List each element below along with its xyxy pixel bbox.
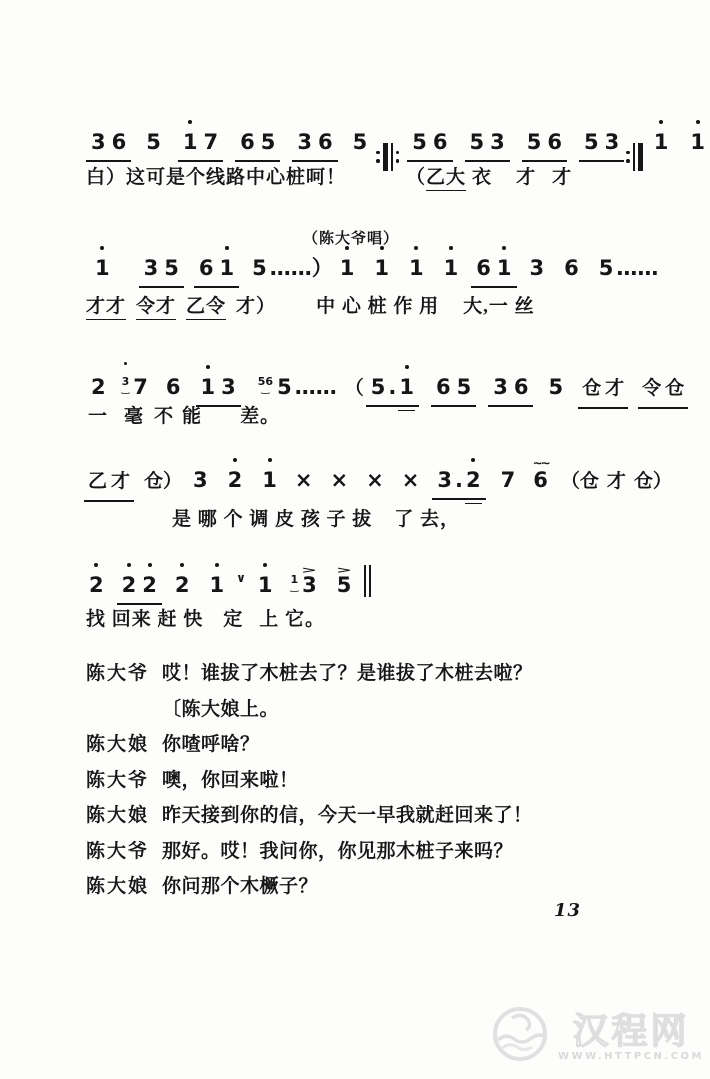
octave-dot-icon — [345, 246, 349, 250]
note-group: 1 — [259, 464, 280, 496]
repeat-dots — [376, 151, 380, 163]
note-group: …… — [295, 371, 337, 403]
note-group: 令仓 — [638, 371, 688, 409]
speaker-name: 陈大爷 — [86, 839, 150, 864]
octave-dot-icon — [215, 563, 219, 567]
note: 2 — [91, 371, 106, 403]
octave-dot-icon — [225, 246, 229, 250]
note-group: 53 — [465, 126, 510, 162]
note: 3> — [302, 569, 317, 601]
octave-dot-icon — [233, 458, 237, 462]
note: 6 — [199, 252, 214, 284]
note-group: 5 — [274, 371, 295, 403]
lyric-line-4: 是 哪 个 调 皮 孩 子 拔了 去， — [172, 504, 460, 531]
dialogue-row: 陈大娘昨天接到你的信，今天一早我就赶回来了！ — [86, 803, 676, 828]
note-group: （ — [343, 371, 366, 405]
note: 1 — [220, 252, 235, 284]
note: × — [366, 464, 384, 496]
note-group: 1 — [406, 252, 427, 284]
dialogue-row: 〔陈大娘上。 — [86, 697, 676, 722]
note: 1 — [374, 252, 389, 284]
dialogue-row: 陈大爷那好。哎！我问你，你见那木桩子来吗？ — [86, 839, 676, 864]
note: 6 — [514, 371, 529, 403]
octave-dot-icon — [124, 362, 127, 365]
note: 3 — [493, 371, 508, 403]
note: 3 — [193, 464, 208, 496]
note-group: 36 — [292, 126, 337, 162]
barline-er — [626, 143, 643, 171]
octave-dot-icon — [100, 246, 104, 250]
octave-dot-icon — [188, 120, 192, 124]
watermark: 汉程网 WWW.HTTPCN.COM — [490, 1004, 704, 1069]
note: 6 — [318, 126, 333, 158]
dialogue-text: 你问那个木橛子？ — [162, 874, 318, 899]
dialogue-row: 陈大爷噢，你回来啦！ — [86, 768, 676, 793]
note: 6 — [433, 126, 448, 158]
note: 1 — [690, 126, 705, 158]
note: 1 — [497, 252, 512, 284]
octave-dot-icon — [471, 458, 475, 462]
note-group: 61 — [471, 252, 516, 288]
note: 6 — [240, 126, 255, 158]
lyric-segment: 中 心 桩 作 用 — [316, 291, 439, 318]
note: 7 — [501, 464, 516, 496]
note-group: ……） — [270, 252, 333, 284]
music-line-2: 135615……）111161365…… — [92, 252, 658, 288]
note-group: 1 — [687, 126, 708, 158]
note-group: 仓才 — [578, 371, 628, 409]
lyric-segment: 了 去， — [394, 504, 460, 531]
note-group: 35 — [139, 252, 184, 288]
note: 1 — [399, 371, 414, 403]
note-group: 5 — [350, 126, 371, 158]
note-group: 56 — [407, 126, 452, 162]
note: 1 — [409, 252, 424, 284]
note-group: 1 — [371, 252, 392, 284]
dialogue-row: 陈大爷哎！谁拔了木桩去了？是谁拔了木桩去啦？ — [86, 661, 676, 686]
speaker-name: 陈大爷 — [86, 661, 150, 686]
note: × — [331, 464, 349, 496]
note-group: × — [292, 464, 316, 496]
note: 2 — [142, 569, 157, 601]
note-group: 1 — [255, 569, 276, 601]
note: 3 — [530, 252, 545, 284]
slur-icon: ‿ — [290, 572, 298, 604]
lyric-line-5: 找 回来 赶 快定上 它。 — [86, 604, 325, 631]
note-group: 3> — [299, 569, 320, 601]
bar-stroke — [369, 565, 371, 597]
note-group: 2 — [225, 464, 246, 496]
note-group: 5.1 — [366, 371, 419, 407]
dialogue-row: 陈大娘你喳呼啥？ — [86, 732, 676, 757]
note: × — [295, 464, 313, 496]
lyric-segment: 大,一 丝 — [463, 291, 535, 318]
note: …… — [616, 252, 658, 284]
bar-stroke — [633, 143, 635, 171]
watermark-site-url: WWW.HTTPCN.COM — [558, 1051, 704, 1062]
note-group: × — [328, 464, 352, 496]
note: （仓 — [561, 466, 599, 498]
bar-stroke — [364, 565, 366, 597]
note-group: 3 — [190, 464, 211, 496]
note: 5 — [371, 371, 386, 403]
octave-dot-icon — [127, 563, 131, 567]
trill-icon: ∼∼ — [532, 447, 548, 479]
lyric-segment: 毫 — [124, 401, 144, 428]
octave-dot-icon — [380, 246, 384, 250]
speaker-name: 陈大娘 — [86, 803, 150, 828]
note: 6 — [436, 371, 451, 403]
lyric-line-1: 白）这可是个线路中心桩呵！（乙大衣才才 — [86, 162, 572, 191]
lyric-segment: 能 — [182, 401, 202, 428]
note: 才 — [607, 466, 626, 498]
octave-dot-icon — [659, 120, 663, 124]
note-group: …… — [616, 252, 658, 284]
note: 6 — [112, 126, 127, 158]
note: 3 — [221, 371, 236, 403]
breath-mark: ∨ — [236, 562, 246, 594]
note: ……） — [270, 252, 333, 284]
lyric-segment: 才 — [516, 162, 536, 189]
note: 1 — [258, 569, 273, 601]
note: 3 — [490, 126, 505, 158]
note: 3 — [144, 252, 159, 284]
note: （ — [345, 373, 364, 405]
note-group: 1 — [651, 126, 672, 158]
dialogue-text: 哎！谁拔了木桩去了？是谁拔了木桩去啦？ — [162, 661, 533, 686]
dialogue-text: 那好。哎！我问你，你见那木桩子来吗？ — [162, 839, 513, 864]
note-group: 22 — [117, 569, 162, 605]
scanned-score-page: 36517653655653565311 白）这可是个线路中心桩呵！（乙大衣才才… — [0, 0, 710, 1079]
note-group: 1 — [441, 252, 462, 284]
note: 5 — [353, 126, 368, 158]
note-group: 仓） — [142, 464, 184, 498]
note-group: 5 — [143, 126, 164, 158]
octave-dot-icon — [206, 365, 210, 369]
note: 1 — [444, 252, 459, 284]
note: …… — [295, 371, 337, 403]
watermark-text: 汉程网 WWW.HTTPCN.COM — [558, 1012, 704, 1062]
dialogue-text: 昨天接到你的信，今天一早我就赶回来了！ — [162, 803, 533, 828]
lyric-line-2: 才才令才乙令才）中 心 桩 作 用大,一 丝 — [86, 291, 535, 320]
note-group: × — [399, 464, 423, 496]
note: 6 — [476, 252, 491, 284]
dialogue-block: 陈大爷哎！谁拔了木桩去了？是谁拔了木桩去啦？〔陈大娘上。陈大娘你喳呼啥？陈大爷噢… — [86, 661, 676, 910]
lyric-segment: 一 — [88, 401, 108, 428]
note: 3 — [297, 126, 312, 158]
barline-fin — [364, 565, 371, 597]
note-group: 5 — [249, 252, 270, 284]
music-line-5: 22221∨11‿3>5> — [86, 562, 373, 605]
accent-icon: > — [302, 555, 318, 587]
note: 5 — [412, 126, 427, 158]
note-group: 乙才 — [84, 464, 134, 502]
note-group: 1 — [207, 569, 228, 601]
note-group: 6 — [561, 252, 582, 284]
note: 才 — [111, 466, 130, 498]
note: 5 — [548, 371, 563, 403]
note: 2 — [228, 464, 243, 496]
note: 令 — [642, 373, 661, 405]
note-group: × — [363, 464, 387, 496]
note: 仓） — [144, 466, 182, 498]
note-group: 7 — [498, 464, 519, 496]
octave-dot-icon — [449, 246, 453, 250]
speaker-name: 陈大爷 — [86, 768, 150, 793]
dialogue-text: 你喳呼啥？ — [162, 732, 260, 757]
note-group: （仓 — [559, 464, 601, 498]
octave-dot-icon — [405, 365, 409, 369]
note-group: 3‿ — [121, 366, 131, 403]
lyric-segment: 不 — [154, 401, 174, 428]
singer-cue: （陈大爷唱） — [303, 227, 399, 248]
note: 3 — [605, 126, 620, 158]
note: 7 — [133, 371, 148, 403]
note-group: 65 — [431, 371, 476, 407]
octave-dot-icon — [414, 246, 418, 250]
note: 5 — [457, 371, 472, 403]
lyric-line-3: 一毫不能差。 — [88, 401, 280, 428]
accent-icon: > — [336, 555, 352, 587]
note: 5 — [252, 252, 267, 284]
note-group: 5 — [596, 252, 617, 284]
note: 5 — [599, 252, 614, 284]
lyric-segment: 才才 — [86, 291, 126, 320]
octave-dot-icon — [94, 563, 98, 567]
note: 1 — [201, 371, 216, 403]
note-group: 36 — [86, 126, 131, 162]
note: 1‿ — [291, 564, 299, 596]
speaker-name — [86, 697, 150, 722]
note: 5 — [261, 126, 276, 158]
lyric-segment: 定 — [223, 604, 243, 631]
note-group: 才 — [605, 464, 628, 498]
lyric-segment: 才） — [236, 291, 276, 318]
octave-dot-icon — [180, 563, 184, 567]
note-group: 2 — [172, 569, 193, 601]
note: 56‿ — [258, 366, 273, 398]
speaker-name: 陈大娘 — [86, 732, 150, 757]
note: . — [388, 371, 396, 403]
lyric-segment: 衣 — [472, 162, 492, 189]
repeat-dots — [626, 151, 630, 163]
octave-dot-icon — [148, 563, 152, 567]
lyric-segment: 乙令 — [186, 291, 226, 320]
note-group: 6∼∼ — [530, 464, 551, 496]
note: 5 — [584, 126, 599, 158]
note: 1 — [183, 126, 198, 158]
note-group: 5 — [545, 371, 566, 403]
note: 1 — [654, 126, 669, 158]
dialogue-row: 陈大娘你问那个木橛子？ — [86, 874, 676, 899]
note: . — [455, 464, 463, 496]
watermark-site-name: 汉程网 — [573, 1012, 690, 1050]
note-group: 6 — [163, 371, 184, 403]
note: 乙 — [88, 466, 107, 498]
note: 5 — [527, 126, 542, 158]
lyric-segment: 是 哪 个 调 皮 孩 子 拔 — [172, 504, 372, 531]
dialogue-text: 〔陈大娘上。 — [162, 697, 279, 722]
bar-stroke — [638, 143, 643, 171]
note: 1 — [262, 464, 277, 496]
note-group: 53 — [579, 126, 624, 162]
note-group: 1 — [337, 252, 358, 284]
note-group: 2 — [86, 569, 107, 601]
page-number: 13 — [554, 900, 581, 921]
note-group: 36 — [488, 371, 533, 407]
note: 1 — [210, 569, 225, 601]
note-group: 3.2 — [432, 464, 485, 500]
lyric-segment: 才 — [552, 162, 572, 189]
dialogue-text: 噢，你回来啦！ — [162, 768, 299, 793]
note-group: 56 — [522, 126, 567, 162]
note-group: 61 — [194, 252, 239, 288]
note: 仓 — [582, 373, 601, 405]
watermark-logo-icon — [490, 1004, 550, 1069]
note: 1 — [95, 252, 110, 284]
note: 6 — [547, 126, 562, 158]
note: 2 — [89, 569, 104, 601]
lyric-segment: 乙大 — [426, 162, 466, 191]
note-group: 3 — [527, 252, 548, 284]
note-group: 仓） — [632, 464, 674, 498]
note: 5 — [470, 126, 485, 158]
note-group: 5> — [334, 569, 355, 601]
note: 5 — [146, 126, 161, 158]
note: × — [402, 464, 420, 496]
lyric-segment: 白）这可是个线路中心桩呵！ — [86, 162, 346, 189]
note: 2 — [466, 464, 481, 496]
note: 7 — [204, 126, 219, 158]
note-group: 2 — [88, 371, 109, 403]
lyric-segment: 上 它。 — [259, 604, 325, 631]
note: 5> — [337, 569, 352, 601]
lyric-segment: 差。 — [240, 401, 280, 428]
octave-dot-icon — [268, 458, 272, 462]
note: 2 — [122, 569, 137, 601]
lyric-segment: 找 回来 赶 快 — [86, 604, 203, 631]
note: 2 — [175, 569, 190, 601]
note-group: 56‿ — [257, 366, 274, 403]
note-group: 17 — [178, 126, 223, 162]
note-group: 7 — [130, 371, 151, 403]
note: 6 — [166, 371, 181, 403]
repeat-dots — [396, 151, 400, 163]
octave-dot-icon — [502, 246, 506, 250]
note: 仓） — [634, 466, 672, 498]
lyric-segment: 令才 — [136, 291, 176, 320]
note: 3 — [91, 126, 106, 158]
note: 6∼∼ — [533, 464, 548, 496]
note: 3‿ — [122, 366, 130, 398]
octave-dot-icon — [263, 563, 267, 567]
octave-dot-icon — [696, 120, 700, 124]
music-line-4: 乙才仓）321××××3.276∼∼（仓才仓） — [84, 464, 674, 502]
note-group: 1‿ — [290, 564, 300, 601]
note: 1 — [340, 252, 355, 284]
note-group: ∨ — [235, 562, 247, 601]
note: 3 — [437, 464, 452, 496]
note: 5 — [164, 252, 179, 284]
note: 6 — [564, 252, 579, 284]
note-group: 65 — [235, 126, 280, 162]
lyric-segment: （ — [406, 162, 426, 189]
note: 才 — [605, 373, 624, 405]
speaker-name: 陈大娘 — [86, 874, 150, 899]
note-group: 1 — [92, 252, 113, 284]
note: 仓 — [665, 373, 684, 405]
note: 5 — [277, 371, 292, 403]
